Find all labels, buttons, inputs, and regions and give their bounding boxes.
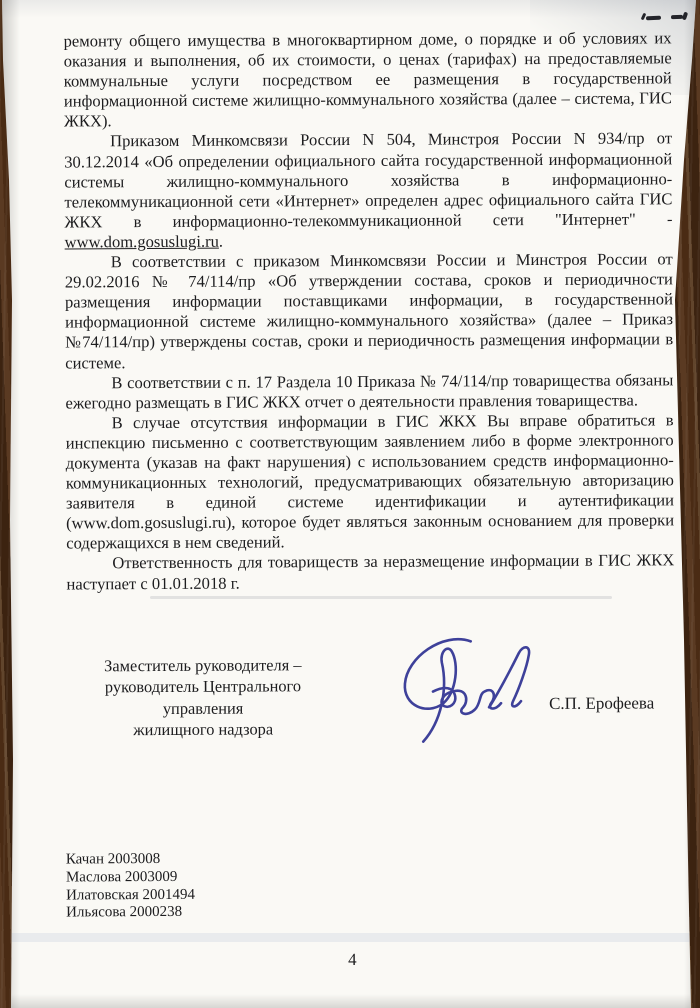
- paragraph-text: Приказом Минкомсвязи России N 504, Минст…: [64, 129, 672, 232]
- paragraph: ремонту общего имущества в многоквартирн…: [64, 28, 673, 132]
- paragraph: В случае отсутствия информации в ГИС ЖКХ…: [66, 410, 675, 554]
- signatory-title-line: руководитель Центрального управления: [89, 676, 317, 720]
- signatory-title-line: Заместитель руководителя –: [89, 654, 317, 677]
- scanned-document-page: ремонту общего имущества в многоквартирн…: [0, 0, 700, 1008]
- signatory-title-line: жилищного надзора: [89, 718, 317, 741]
- executor-line: Ильясова 2000238: [66, 904, 195, 922]
- page-number: 4: [2, 948, 700, 972]
- paragraph: Приказом Минкомсвязи России N 504, Минст…: [64, 129, 673, 253]
- document-body: ремонту общего имущества в многоквартирн…: [64, 28, 675, 594]
- paragraph: В соответствии с п. 17 Раздела 10 Приказ…: [65, 370, 673, 413]
- executor-line: Маслова 2003009: [66, 869, 195, 887]
- paragraph: В соответствии с приказом Минкомсвязи Ро…: [65, 249, 674, 373]
- paragraph-text: .: [219, 232, 223, 251]
- executor-line: Качан 2003008: [66, 851, 195, 869]
- signature-scribble-icon: [393, 629, 544, 755]
- executor-line: Илатовская 2001494: [66, 886, 195, 904]
- signatory-title: Заместитель руководителя – руководитель …: [89, 654, 317, 741]
- gis-zhkh-url: www.dom.gosuslugi.ru: [65, 232, 219, 252]
- paragraph: Ответственность для товариществ за нераз…: [66, 551, 674, 594]
- executors-list: Качан 2003008 Маслова 2003009 Илатовская…: [66, 851, 195, 923]
- signatory-name: С.П. Ерофеева: [549, 693, 654, 714]
